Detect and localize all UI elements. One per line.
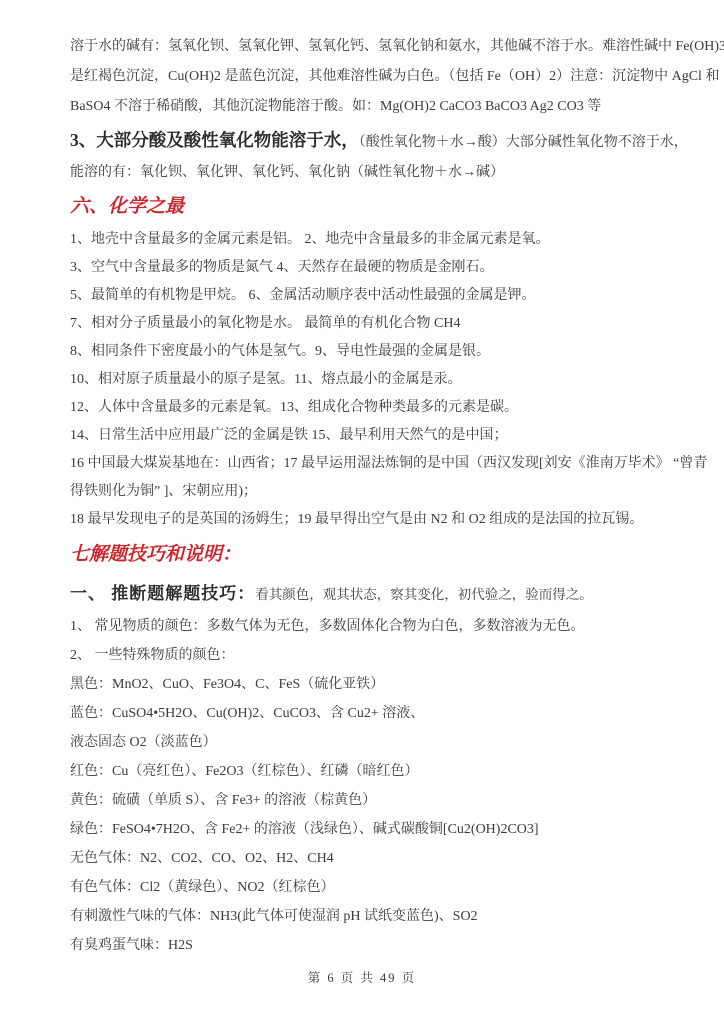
list-item: 14、日常生活中应用最广泛的金属是铁 15、最早利用天然气的是中国；: [70, 422, 706, 450]
list-item: 5、最简单的有机物是甲烷。 6、金属活动顺序表中活动性最强的金属是钾。: [70, 282, 706, 310]
list-item: 7、相对分子质量最小的氧化物是水。 最简单的有机化合物 CH4: [70, 310, 706, 338]
text-line: 黑色：MnO2、CuO、Fe3O4、C、FeS（硫化亚铁）: [70, 670, 706, 699]
text-line: 2、 一些特殊物质的颜色：: [70, 641, 706, 670]
tip-heading-note: 看其颜色，观其状态，察其变化，初代验之，验而得之。: [255, 587, 593, 602]
text-line: 1、 常见物质的颜色：多数气体为无色，多数固体化合物为白色，多数溶液为无色。: [70, 612, 706, 641]
text-line: 液态固态 O2（淡蓝色）: [70, 728, 706, 757]
list-item: 8、相同条件下密度最小的气体是氢气。9、导电性最强的金属是银。: [70, 338, 706, 366]
text-line: 蓝色：CuSO4•5H2O、Cu(OH)2、CuCO3、含 Cu2+ 溶液、: [70, 699, 706, 728]
text-line: 无色气体：N2、CO2、CO、O2、H2、CH4: [70, 844, 706, 873]
section-heading-7: 七解题技巧和说明：: [70, 534, 706, 576]
text-line: BaSO4 不溶于稀硝酸，其他沉淀物能溶于酸。如：Mg(OH)2 CaCO3 B…: [70, 92, 706, 122]
text-line: 能溶的有：氧化钡、氧化钾、氧化钙、氧化钠（碱性氧化物＋水→碱）: [70, 158, 706, 188]
text-line: 黄色：硫磺（单质 S）、含 Fe3+ 的溶液（棕黄色）: [70, 786, 706, 815]
list-item: 10、相对原子质量最小的原子是氢。11、熔点最小的金属是汞。: [70, 366, 706, 394]
document-page: 溶于水的碱有：氢氧化钡、氢氧化钾、氢氧化钙、氢氧化钠和氨水，其他碱不溶于水。难溶…: [0, 0, 724, 1024]
text-line: 红色：Cu（亮红色）、Fe2O3（红棕色）、红磷（暗红色）: [70, 757, 706, 786]
list-item: 得铁则化为铜” ]、宋朝应用)；: [70, 478, 706, 506]
page-content: 溶于水的碱有：氢氧化钡、氢氧化钾、氢氧化钙、氢氧化钠和氨水，其他碱不溶于水。难溶…: [0, 0, 724, 990]
subheading-point3: 3、大部分酸及酸性氧化物能溶于水，（酸性氧化物＋水→酸）大部分碱性氧化物不溶于水…: [70, 122, 706, 158]
subheading-point3-note: （酸性氧化物＋水→酸）大部分碱性氧化物不溶于水，: [359, 135, 688, 150]
page-number-footer: 第 6 页 共 49 页: [70, 966, 706, 990]
list-item: 3、空气中含量最多的物质是氮气 4、天然存在最硬的物质是金刚石。: [70, 254, 706, 282]
text-line: 绿色：FeSO4•7H2O、含 Fe2+ 的溶液（浅绿色）、碱式碳酸铜[Cu2(…: [70, 815, 706, 844]
list-item: 1、地壳中含量最多的金属元素是铝。 2、地壳中含量最多的非金属元素是氧。: [70, 226, 706, 254]
tip-heading-bold: 一、 推断题解题技巧：: [70, 584, 255, 603]
list-item: 12、人体中含量最多的元素是氧。13、组成化合物种类最多的元素是碳。: [70, 394, 706, 422]
list-item: 18 最早发现电子的是英国的汤姆生；19 最早得出空气是由 N2 和 O2 组成…: [70, 506, 706, 534]
subheading-point3-bold: 3、大部分酸及酸性氧化物能溶于水，: [70, 130, 359, 150]
text-line: 有臭鸡蛋气味：H2S: [70, 931, 706, 960]
text-line: 溶于水的碱有：氢氧化钡、氢氧化钾、氢氧化钙、氢氧化钠和氨水，其他碱不溶于水。难溶…: [70, 32, 706, 62]
list-item: 16 中国最大煤炭基地在：山西省；17 最早运用湿法炼铜的是中国（西汉发现[刘安…: [70, 450, 706, 478]
text-line: 有刺激性气味的气体：NH3(此气体可使湿润 pH 试纸变蓝色)、SO2: [70, 902, 706, 931]
tip-heading: 一、 推断题解题技巧：看其颜色，观其状态，察其变化，初代验之，验而得之。: [70, 576, 706, 612]
text-line: 是红褐色沉淀，Cu(OH)2 是蓝色沉淀，其他难溶性碱为白色。（包括 Fe（OH…: [70, 62, 706, 92]
text-line: 有色气体：Cl2（黄绿色）、NO2（红棕色）: [70, 873, 706, 902]
section-heading-6: 六、化学之最: [70, 188, 706, 226]
